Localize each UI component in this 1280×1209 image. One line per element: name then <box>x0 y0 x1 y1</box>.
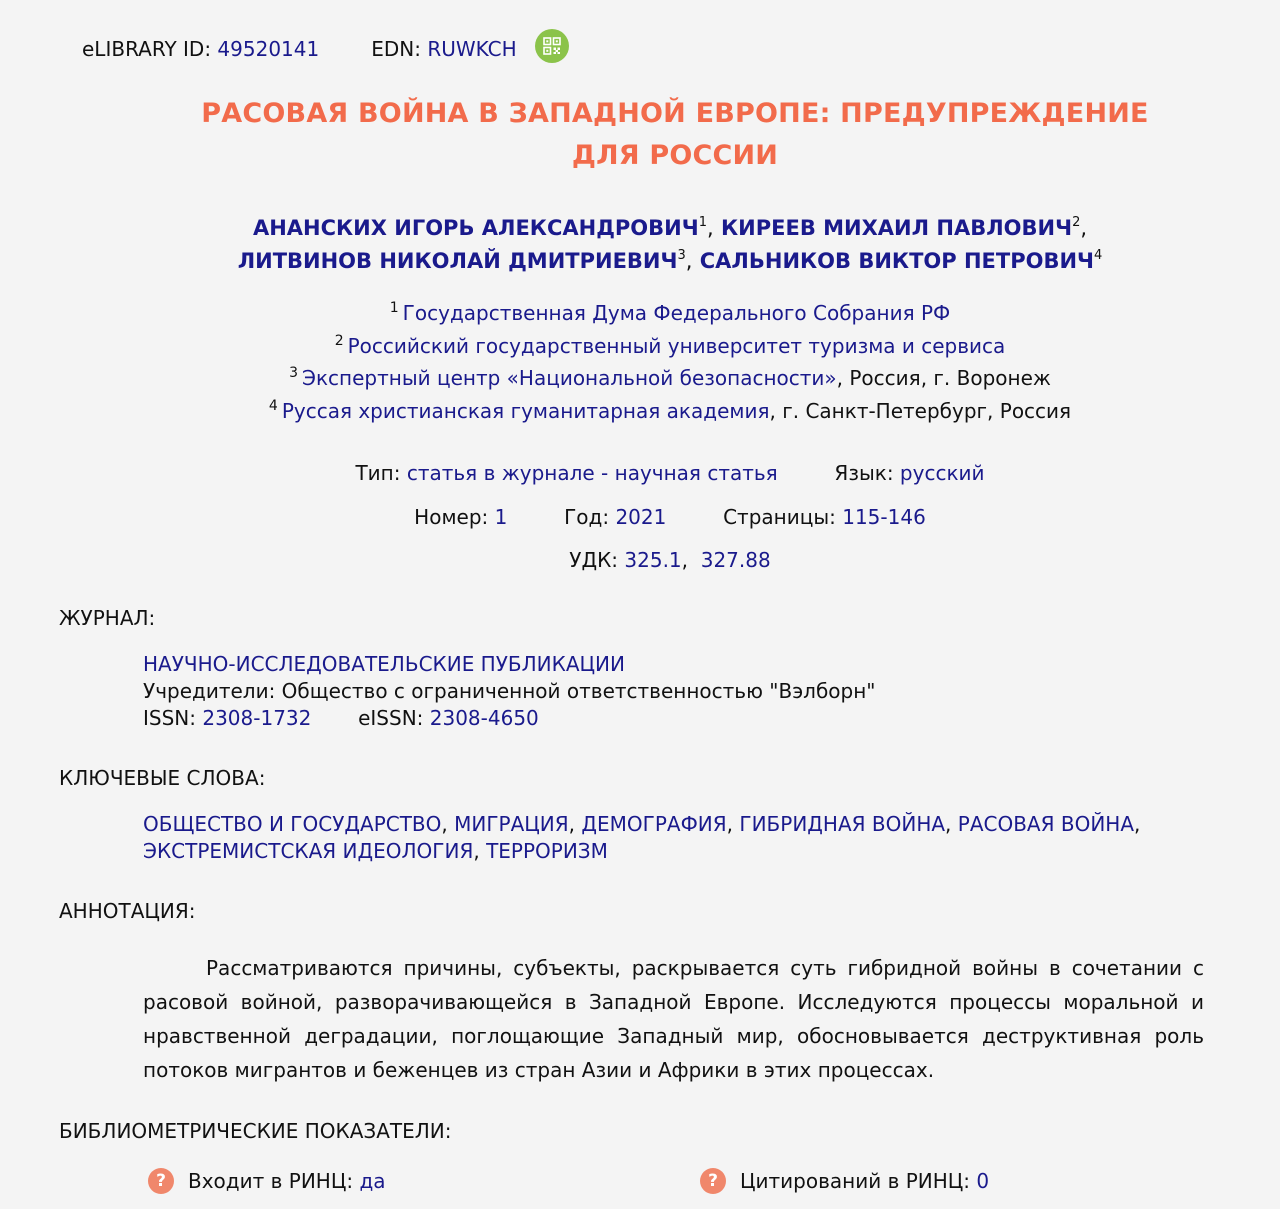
abstract-heading: АННОТАЦИЯ: <box>59 899 196 923</box>
abstract-text: Рассматриваются причины, субъекты, раскр… <box>143 951 1204 1087</box>
keyword-link[interactable]: ДЕМОГРАФИЯ <box>581 812 726 836</box>
issn-value: 2308-1732 <box>202 706 311 730</box>
udk-link[interactable]: 325.1 <box>624 548 681 572</box>
author-affiliation-ref: 4 <box>1094 248 1102 263</box>
affiliation-link[interactable]: Руссая христианская гуманитарная академи… <box>282 399 770 423</box>
author-affiliation-ref: 1 <box>699 215 707 230</box>
edn-link[interactable]: RUWKCH <box>427 37 516 61</box>
affiliation-item: 3Экспертный центр «Национальной безопасн… <box>170 362 1170 395</box>
number-value-link[interactable]: 1 <box>495 505 508 529</box>
udk-row: УДК: 325.1, 327.88 <box>170 548 1170 572</box>
pages-label: Страницы: <box>723 505 836 529</box>
keyword-link[interactable]: ГИБРИДНАЯ ВОЙНА <box>739 812 945 836</box>
issn-label: ISSN: <box>143 706 196 730</box>
journal-heading: ЖУРНАЛ: <box>59 606 155 630</box>
keyword-link[interactable]: РАСОВАЯ ВОЙНА <box>958 812 1134 836</box>
rinc-citations-value[interactable]: 0 <box>976 1169 989 1193</box>
author-link[interactable]: КИРЕЕВ МИХАИЛ ПАВЛОВИЧ <box>721 216 1072 240</box>
affiliations-list: 1Государственная Дума Федерального Собра… <box>170 297 1170 427</box>
rinc-included-label: Входит в РИНЦ: <box>188 1169 353 1193</box>
journal-founders: Учредители: Общество с ограниченной отве… <box>143 678 876 705</box>
language-value-link[interactable]: русский <box>900 461 985 485</box>
affiliation-link[interactable]: Экспертный центр «Национальной безопасно… <box>302 366 837 390</box>
keyword-link[interactable]: ОБЩЕСТВО И ГОСУДАРСТВО <box>143 812 441 836</box>
rinc-citations-label: Цитирований в РИНЦ: <box>740 1169 970 1193</box>
id-bar: eLIBRARY ID: 49520141 EDN: RUWKCH <box>82 32 569 66</box>
authors-list: АНАНСКИХ ИГОРЬ АЛЕКСАНДРОВИЧ1, КИРЕЕВ МИ… <box>170 212 1170 278</box>
article-title: РАСОВАЯ ВОЙНА В ЗАПАДНОЙ ЕВРОПЕ: ПРЕДУПР… <box>170 93 1180 177</box>
author-link[interactable]: САЛЬНИКОВ ВИКТОР ПЕТРОВИЧ <box>700 249 1094 273</box>
journal-block: НАУЧНО-ИССЛЕДОВАТЕЛЬСКИЕ ПУБЛИКАЦИИ Учре… <box>143 651 876 732</box>
bibliometrics-heading: БИБЛИОМЕТРИЧЕСКИЕ ПОКАЗАТЕЛИ: <box>59 1119 452 1143</box>
keywords-list: ОБЩЕСТВО И ГОСУДАРСТВО, МИГРАЦИЯ, ДЕМОГР… <box>143 811 1153 865</box>
year-label: Год: <box>564 505 609 529</box>
eissn-value: 2308-4650 <box>430 706 539 730</box>
elibrary-id-label: eLIBRARY ID: <box>82 37 211 61</box>
number-label: Номер: <box>414 505 488 529</box>
journal-name-link[interactable]: НАУЧНО-ИССЛЕДОВАТЕЛЬСКИЕ ПУБЛИКАЦИИ <box>143 652 625 676</box>
keyword-link[interactable]: МИГРАЦИЯ <box>454 812 569 836</box>
help-icon[interactable]: ? <box>148 1168 174 1194</box>
affiliation-item: 2Российский государственный университет … <box>170 330 1170 363</box>
rinc-included-row: ? Входит в РИНЦ: да <box>148 1168 386 1194</box>
qr-code-icon[interactable] <box>535 29 569 63</box>
affiliation-item: 1Государственная Дума Федерального Собра… <box>170 297 1170 330</box>
keyword-link[interactable]: ЭКСТРЕМИСТСКАЯ ИДЕОЛОГИЯ <box>143 839 473 863</box>
affiliation-link[interactable]: Российский государственный университет т… <box>348 334 1006 358</box>
keywords-heading: КЛЮЧЕВЫЕ СЛОВА: <box>59 766 265 790</box>
edn-label: EDN: <box>371 37 421 61</box>
language-label: Язык: <box>834 461 893 485</box>
elibrary-id-link[interactable]: 49520141 <box>217 37 319 61</box>
year-value-link[interactable]: 2021 <box>615 505 666 529</box>
keyword-link[interactable]: ТЕРРОРИЗМ <box>486 839 608 863</box>
help-icon[interactable]: ? <box>700 1168 726 1194</box>
author-affiliation-ref: 3 <box>677 248 685 263</box>
author-link[interactable]: ЛИТВИНОВ НИКОЛАЙ ДМИТРИЕВИЧ <box>238 249 678 273</box>
eissn-label: eISSN: <box>358 706 423 730</box>
issue-year-pages-row: Номер: 1 Год: 2021 Страницы: 115-146 <box>170 505 1170 529</box>
author-link[interactable]: АНАНСКИХ ИГОРЬ АЛЕКСАНДРОВИЧ <box>253 216 699 240</box>
rinc-included-value: да <box>359 1169 385 1193</box>
type-value-link[interactable]: статья в журнале - научная статья <box>407 461 778 485</box>
affiliation-link[interactable]: Государственная Дума Федерального Собран… <box>403 301 951 325</box>
udk-label: УДК: <box>569 548 618 572</box>
udk-link[interactable]: 327.88 <box>701 548 771 572</box>
affiliation-item: 4Руссая христианская гуманитарная академ… <box>170 395 1170 428</box>
type-language-row: Тип: статья в журнале - научная статья Я… <box>170 461 1170 485</box>
type-label: Тип: <box>355 461 400 485</box>
rinc-citations-row: ? Цитирований в РИНЦ: 0 <box>700 1168 989 1194</box>
pages-value: 115-146 <box>842 505 926 529</box>
